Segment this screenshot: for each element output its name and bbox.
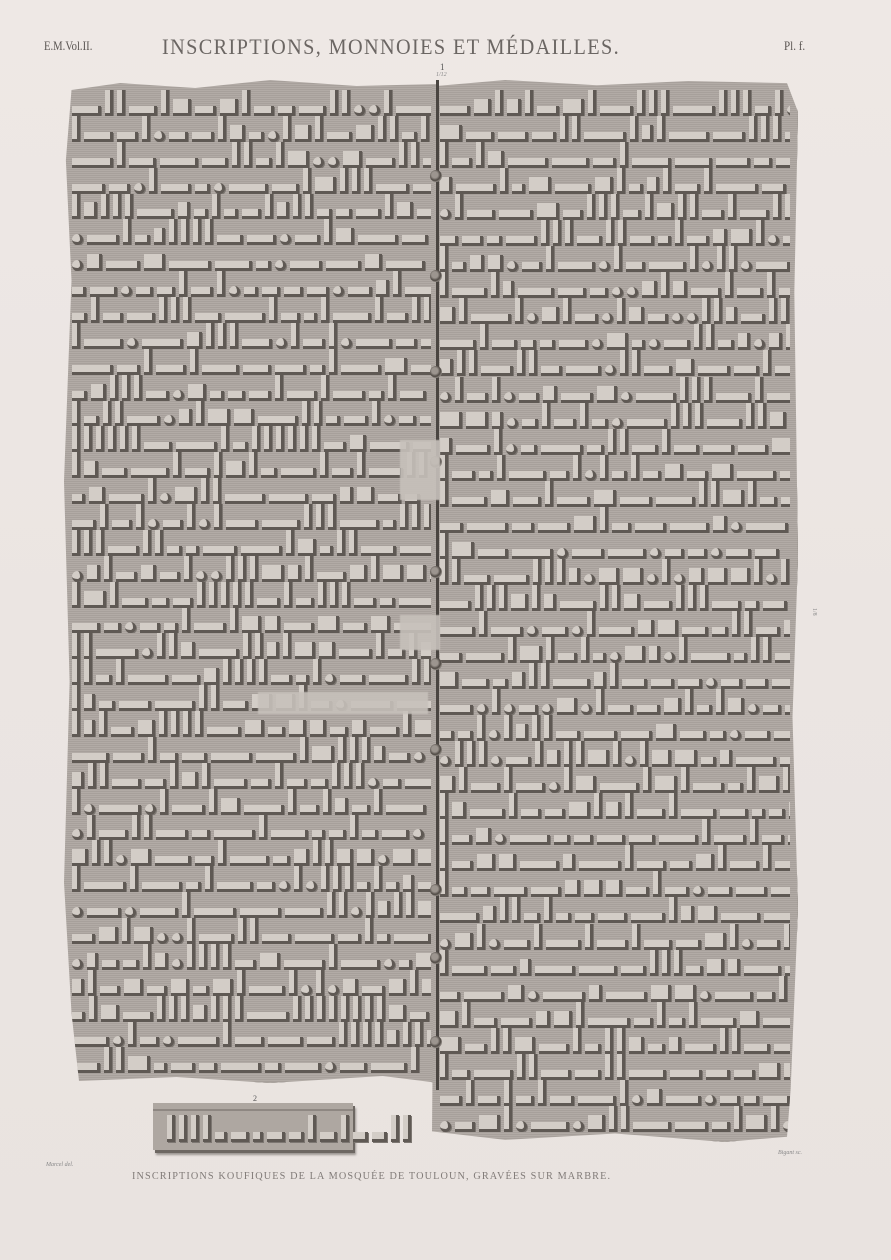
kufic-glyph (72, 772, 84, 789)
kufic-glyph (183, 297, 191, 323)
inscription-line (72, 401, 431, 427)
kufic-glyph (605, 365, 616, 376)
kufic-glyph (674, 950, 682, 976)
kufic-glyph (527, 313, 538, 324)
kufic-glyph (312, 746, 334, 763)
kufic-glyph (455, 194, 463, 220)
kufic-glyph (645, 194, 653, 220)
kufic-glyph (745, 601, 759, 611)
kufic-glyph (100, 986, 120, 996)
kufic-glyph (131, 468, 169, 478)
kufic-glyph (267, 1132, 285, 1142)
kufic-glyph (72, 907, 83, 918)
kufic-glyph (192, 830, 210, 840)
inscription-line (72, 840, 431, 866)
kufic-glyph (726, 549, 751, 559)
inscription-line (440, 1080, 790, 1106)
kufic-glyph (478, 1096, 500, 1106)
kufic-glyph (600, 585, 608, 611)
kufic-glyph (769, 298, 777, 324)
kufic-glyph (127, 338, 138, 349)
kufic-glyph (543, 386, 557, 403)
kufic-glyph (520, 861, 559, 871)
kufic-glyph (109, 184, 130, 194)
kufic-glyph (214, 452, 222, 478)
kufic-glyph (556, 913, 571, 923)
kufic-glyph (265, 194, 273, 220)
kufic-glyph (193, 1005, 207, 1022)
kufic-glyph (625, 646, 645, 663)
kufic-glyph (300, 737, 308, 763)
kufic-glyph (143, 944, 151, 970)
kufic-glyph (572, 549, 604, 559)
kufic-glyph (669, 793, 677, 819)
inscription-line (440, 976, 790, 1002)
kufic-glyph (783, 1121, 790, 1132)
kufic-glyph (84, 633, 92, 659)
kufic-glyph (199, 934, 234, 944)
kufic-glyph (501, 1018, 532, 1028)
kufic-glyph (424, 504, 431, 530)
kufic-glyph (558, 288, 586, 298)
kufic-glyph (512, 523, 534, 533)
kufic-glyph (520, 959, 531, 976)
kufic-glyph (642, 125, 653, 142)
inscription-line (440, 819, 790, 845)
kufic-glyph (630, 236, 654, 246)
kufic-glyph (295, 125, 311, 142)
kufic-glyph (788, 835, 790, 845)
kufic-glyph (259, 815, 267, 841)
kufic-glyph (595, 177, 613, 194)
kufic-glyph (599, 261, 610, 272)
kufic-glyph (293, 194, 301, 220)
kufic-glyph (84, 530, 92, 556)
kufic-glyph (72, 158, 113, 168)
kufic-glyph (417, 209, 431, 219)
kufic-glyph (661, 272, 669, 298)
kufic-glyph (779, 976, 787, 1002)
kufic-glyph (716, 158, 750, 168)
kufic-glyph (554, 419, 576, 429)
kufic-glyph (633, 1122, 671, 1132)
kufic-glyph (664, 652, 675, 663)
plate-caption: INSCRIPTIONS KOUFIQUES DE LA MOSQUÉE DE … (132, 1170, 611, 1182)
kufic-glyph (240, 908, 281, 918)
kufic-glyph (205, 219, 213, 245)
kufic-glyph (504, 392, 515, 403)
kufic-glyph (588, 1115, 605, 1132)
kufic-glyph (90, 287, 117, 297)
kufic-glyph (289, 720, 306, 737)
kufic-glyph (557, 698, 577, 715)
kufic-glyph (559, 340, 588, 350)
inscription-line (440, 1028, 790, 1054)
kufic-glyph (414, 752, 425, 763)
kufic-glyph (223, 996, 231, 1022)
kufic-glyph (455, 933, 473, 950)
kufic-glyph (787, 105, 790, 116)
kufic-glyph (572, 626, 583, 637)
kufic-glyph (532, 132, 556, 142)
kufic-glyph (122, 375, 130, 401)
kufic-glyph (465, 1044, 487, 1054)
kufic-glyph (72, 234, 83, 245)
kufic-glyph (675, 184, 700, 194)
kufic-glyph (374, 866, 382, 892)
kufic-glyph (768, 235, 779, 246)
kufic-glyph (134, 927, 153, 944)
kufic-glyph (547, 750, 560, 767)
kufic-glyph (731, 229, 752, 246)
kufic-glyph (352, 168, 360, 194)
kufic-glyph (340, 168, 348, 194)
kufic-glyph (229, 286, 240, 297)
kufic-glyph (111, 727, 134, 737)
kufic-glyph (698, 906, 717, 923)
kufic-glyph (452, 802, 466, 819)
kufic-glyph (224, 209, 238, 219)
kufic-glyph (113, 753, 144, 763)
kufic-glyph (742, 939, 753, 950)
kufic-glyph (84, 694, 95, 711)
kufic-glyph (412, 504, 420, 530)
kufic-glyph (738, 333, 750, 350)
kufic-glyph (707, 959, 724, 976)
kufic-glyph (84, 132, 113, 142)
kufic-glyph (471, 887, 490, 897)
kufic-glyph (499, 585, 507, 611)
kufic-glyph (528, 991, 539, 1002)
kufic-glyph (542, 704, 553, 715)
kufic-glyph (363, 1022, 371, 1048)
kufic-glyph (712, 601, 741, 611)
kufic-glyph (393, 849, 414, 866)
kufic-glyph (377, 996, 385, 1022)
kufic-glyph (556, 731, 580, 741)
kufic-glyph (320, 1132, 337, 1142)
kufic-glyph (329, 830, 346, 840)
kufic-glyph (155, 530, 163, 556)
kufic-glyph (440, 756, 451, 767)
kufic-glyph (517, 1054, 525, 1080)
kufic-glyph (644, 601, 672, 611)
kufic-glyph (103, 313, 123, 323)
kufic-glyph (374, 746, 385, 763)
kufic-glyph (544, 897, 552, 923)
kufic-glyph (563, 298, 571, 324)
kufic-glyph (675, 985, 696, 1002)
kufic-glyph (785, 132, 790, 142)
kufic-glyph (403, 875, 414, 892)
kufic-glyph (607, 333, 628, 350)
kufic-glyph (713, 516, 727, 533)
kufic-glyph (203, 546, 237, 556)
kufic-glyph (249, 452, 257, 478)
kufic-glyph (233, 442, 248, 452)
kufic-text-left (72, 90, 431, 1073)
kufic-glyph (125, 907, 136, 918)
kufic-glyph (478, 549, 508, 559)
kufic-glyph (606, 802, 621, 819)
figure-1-number: 1 (440, 62, 445, 72)
kufic-glyph (72, 260, 83, 271)
kufic-glyph (669, 132, 709, 142)
kufic-glyph (256, 261, 271, 271)
kufic-glyph (272, 184, 299, 194)
kufic-glyph (625, 756, 636, 767)
kufic-glyph (127, 313, 155, 323)
kufic-glyph (340, 675, 365, 685)
kufic-glyph (341, 960, 380, 970)
kufic-glyph (321, 375, 329, 401)
kufic-glyph (283, 116, 291, 142)
kufic-glyph (338, 934, 361, 944)
kufic-glyph (285, 908, 323, 918)
kufic-glyph (281, 313, 300, 323)
kufic-glyph (458, 731, 473, 741)
kufic-glyph (702, 819, 710, 845)
kufic-glyph (356, 125, 374, 142)
kufic-glyph (154, 131, 165, 142)
kufic-glyph (171, 979, 189, 996)
kufic-glyph (350, 435, 366, 452)
kufic-glyph (457, 350, 465, 376)
kufic-glyph (387, 1030, 399, 1047)
kufic-glyph (715, 992, 753, 1002)
kufic-glyph (533, 559, 541, 585)
kufic-glyph (287, 779, 307, 789)
kufic-glyph (467, 523, 508, 533)
kufic-glyph (731, 90, 739, 116)
kufic-glyph (763, 350, 771, 376)
kufic-glyph (587, 611, 595, 637)
kufic-glyph (491, 627, 523, 637)
kufic-glyph (440, 246, 448, 272)
engraver-credit: Bigant sc. (778, 1150, 802, 1156)
kufic-glyph (294, 849, 309, 866)
kufic-glyph (695, 403, 703, 429)
inscription-line (72, 142, 431, 168)
kufic-glyph (286, 530, 294, 556)
kufic-glyph (123, 219, 131, 245)
kufic-glyph (88, 763, 96, 789)
kufic-glyph (701, 1018, 736, 1028)
kufic-glyph (600, 455, 608, 481)
kufic-glyph (72, 711, 80, 737)
kufic-glyph (504, 940, 530, 950)
kufic-glyph (117, 90, 125, 116)
kufic-glyph (345, 866, 353, 892)
kufic-glyph (305, 194, 313, 220)
kufic-glyph (113, 194, 121, 220)
kufic-glyph (84, 202, 97, 219)
kufic-glyph (378, 116, 386, 142)
inscription-line (440, 715, 790, 741)
kufic-glyph (354, 598, 376, 608)
kufic-glyph (157, 996, 165, 1022)
kufic-glyph (238, 918, 246, 944)
kufic-glyph (211, 944, 219, 970)
kufic-glyph (541, 220, 549, 246)
kufic-glyph (250, 918, 258, 944)
inscription-line (72, 478, 431, 504)
kufic-glyph (675, 158, 712, 168)
kufic-glyph (744, 1044, 770, 1054)
kufic-glyph (294, 866, 302, 892)
kufic-glyph (687, 313, 698, 324)
kufic-glyph (440, 653, 462, 663)
kufic-glyph (325, 674, 336, 685)
kufic-glyph (142, 882, 182, 892)
inscription-line (72, 737, 431, 763)
kufic-glyph (590, 288, 608, 298)
kufic-glyph (529, 1054, 537, 1080)
kufic-glyph (325, 1062, 336, 1073)
kufic-glyph (772, 679, 790, 689)
kufic-glyph (301, 985, 312, 996)
kufic-glyph (339, 1022, 347, 1048)
rivet-icon (430, 170, 442, 182)
kufic-glyph (440, 672, 458, 689)
kufic-glyph (525, 90, 533, 116)
kufic-glyph (234, 409, 254, 426)
kufic-glyph (755, 549, 779, 559)
kufic-glyph (638, 620, 654, 637)
kufic-glyph (230, 323, 238, 349)
kufic-glyph (247, 1012, 289, 1022)
kufic-glyph (258, 416, 298, 426)
kufic-glyph (374, 789, 382, 815)
kufic-glyph (769, 809, 785, 819)
kufic-glyph (508, 158, 548, 168)
kufic-glyph (708, 568, 727, 585)
kufic-glyph (357, 849, 374, 866)
kufic-glyph (288, 565, 301, 582)
kufic-glyph (610, 663, 618, 689)
kufic-glyph (789, 802, 790, 819)
kufic-glyph (500, 897, 508, 923)
kufic-glyph (218, 840, 226, 866)
kufic-glyph (786, 324, 790, 350)
kufic-glyph (351, 907, 362, 918)
kufic-glyph (163, 1036, 174, 1047)
kufic-glyph (113, 1036, 124, 1047)
kufic-glyph (701, 757, 716, 767)
kufic-glyph (140, 908, 178, 918)
kufic-glyph (410, 1012, 429, 1022)
kufic-glyph (212, 194, 220, 220)
kufic-glyph (745, 731, 770, 741)
kufic-glyph (202, 158, 228, 168)
kufic-glyph (608, 549, 646, 559)
kufic-glyph (245, 720, 264, 737)
kufic-glyph (128, 675, 168, 685)
kufic-glyph (275, 260, 286, 271)
kufic-glyph (279, 881, 290, 892)
kufic-glyph (611, 194, 619, 220)
kufic-glyph (369, 675, 408, 685)
kufic-glyph (649, 262, 686, 272)
kufic-glyph (760, 497, 777, 507)
kufic-glyph (741, 261, 752, 272)
kufic-glyph (335, 798, 348, 815)
kufic-glyph (343, 151, 362, 168)
kufic-glyph (494, 575, 529, 585)
kufic-glyph (316, 504, 324, 530)
kufic-glyph (712, 627, 728, 637)
kufic-glyph (512, 184, 525, 194)
kufic-glyph (542, 307, 559, 324)
kufic-glyph (440, 1121, 451, 1132)
kufic-glyph (494, 887, 527, 897)
kufic-glyph (773, 194, 781, 220)
kufic-glyph (512, 672, 525, 689)
kufic-glyph (220, 99, 238, 116)
kufic-glyph (535, 966, 575, 976)
kufic-glyph (479, 611, 487, 637)
kufic-glyph (134, 375, 142, 401)
kufic-glyph (471, 314, 511, 324)
kufic-glyph (597, 940, 628, 950)
kufic-glyph (440, 125, 462, 142)
kufic-glyph (116, 572, 137, 582)
kufic-glyph (187, 918, 195, 944)
kufic-glyph (606, 220, 614, 246)
kufic-glyph (209, 789, 217, 815)
kufic-glyph (223, 659, 231, 685)
inscription-line (72, 918, 431, 944)
kufic-glyph (123, 960, 139, 970)
kufic-glyph (255, 633, 263, 659)
kufic-glyph (531, 887, 561, 897)
kufic-glyph (300, 426, 308, 452)
kufic-glyph (84, 882, 126, 892)
kufic-glyph (538, 1080, 546, 1106)
kufic-glyph (415, 1022, 423, 1048)
kufic-glyph (550, 471, 569, 481)
kufic-glyph (632, 1095, 643, 1106)
kufic-glyph (683, 403, 691, 429)
kufic-glyph (545, 809, 565, 819)
kufic-glyph (160, 158, 198, 168)
kufic-glyph (142, 648, 153, 659)
kufic-glyph (637, 809, 665, 819)
kufic-glyph (703, 445, 734, 455)
kufic-glyph (72, 426, 80, 452)
kufic-glyph (101, 1005, 119, 1022)
kufic-glyph (141, 565, 156, 582)
kufic-glyph (477, 704, 488, 715)
kufic-glyph (388, 375, 396, 401)
kufic-glyph (754, 339, 765, 350)
kufic-glyph (400, 546, 431, 556)
kufic-glyph (592, 339, 603, 350)
kufic-glyph (644, 940, 672, 950)
kufic-glyph (354, 105, 365, 116)
kufic-glyph (321, 866, 329, 892)
kufic-glyph (209, 582, 217, 608)
kufic-glyph (170, 763, 178, 789)
kufic-glyph (288, 151, 309, 168)
kufic-glyph (215, 261, 252, 271)
kufic-glyph (784, 924, 790, 950)
kufic-glyph (440, 1011, 458, 1028)
kufic-glyph (626, 887, 649, 897)
kufic-glyph (290, 261, 322, 271)
kufic-glyph (341, 365, 381, 375)
kufic-glyph (418, 849, 431, 866)
